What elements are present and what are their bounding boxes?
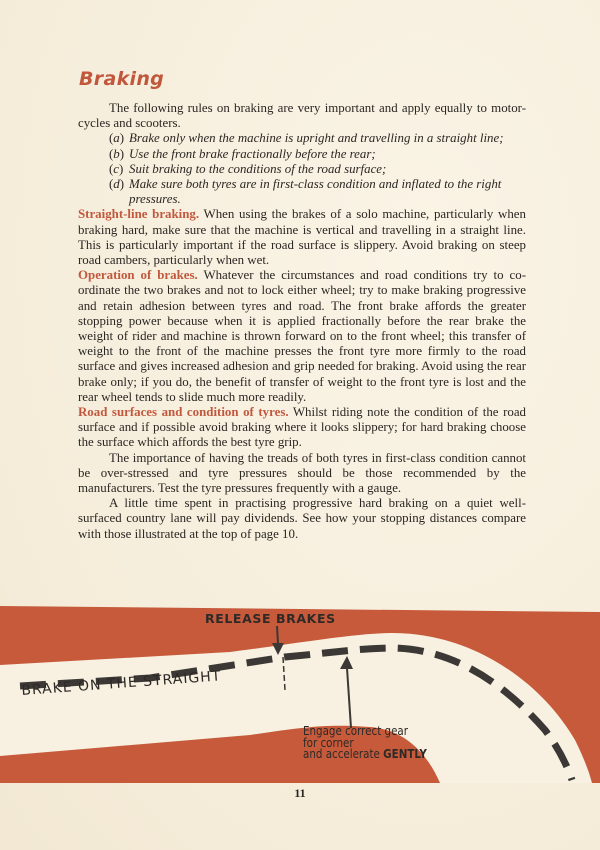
body-text: The following rules on braking are very …: [78, 101, 526, 542]
rule-item: (c) Suit braking to the conditions of th…: [78, 162, 526, 177]
practice-paragraph: A little time spent in practising progre…: [78, 496, 526, 542]
rule-label: (c): [109, 162, 123, 177]
road-braking-illustration: [0, 600, 600, 790]
rule-text: Use the front brake fractionally before …: [129, 147, 376, 161]
rule-item: (d) Make sure both tyres are in first-cl…: [78, 177, 526, 207]
section-straight-line-braking: Straight-line braking. When using the br…: [78, 207, 526, 268]
rule-text: Suit braking to the conditions of the ro…: [129, 162, 386, 176]
rule-text: Brake only when the machine is upright a…: [129, 131, 504, 145]
manual-page: Braking The following rules on braking a…: [0, 0, 600, 850]
rule-label: (b): [109, 147, 124, 162]
section-operation-of-brakes: Operation of brakes. Whatever the circum…: [78, 268, 526, 405]
rule-text: Make sure both tyres are in first-class …: [129, 177, 501, 206]
section-heading: Road surfaces and condition of tyres.: [78, 405, 289, 419]
page-title: Braking: [79, 68, 164, 90]
section-heading: Straight-line braking.: [78, 207, 199, 221]
release-arrow-shaft: [277, 626, 278, 644]
section-road-surfaces: Road surfaces and condition of tyres. Wh…: [78, 405, 526, 451]
page-number: 11: [0, 786, 600, 801]
section-heading: Operation of brakes.: [78, 268, 198, 282]
rule-item: (a) Brake only when the machine is uprig…: [78, 131, 526, 146]
intro-paragraph: The following rules on braking are very …: [78, 101, 526, 131]
gently-emphasis: GENTLY: [383, 747, 427, 761]
tyre-paragraph: The importance of having the treads of b…: [78, 451, 526, 497]
section-text: Whatever the circumstances and road cond…: [78, 268, 526, 404]
rule-label: (d): [109, 177, 124, 192]
braking-rules-list: (a) Brake only when the machine is uprig…: [78, 131, 526, 207]
release-brakes-label: RELEASE BRAKES: [205, 611, 336, 626]
rule-label: (a): [109, 131, 124, 146]
rule-item: (b) Use the front brake fractionally bef…: [78, 147, 526, 162]
engage-line-3: and accelerate GENTLY: [303, 749, 427, 761]
engage-gear-label: Engage correct gear for corner and accel…: [303, 726, 427, 761]
